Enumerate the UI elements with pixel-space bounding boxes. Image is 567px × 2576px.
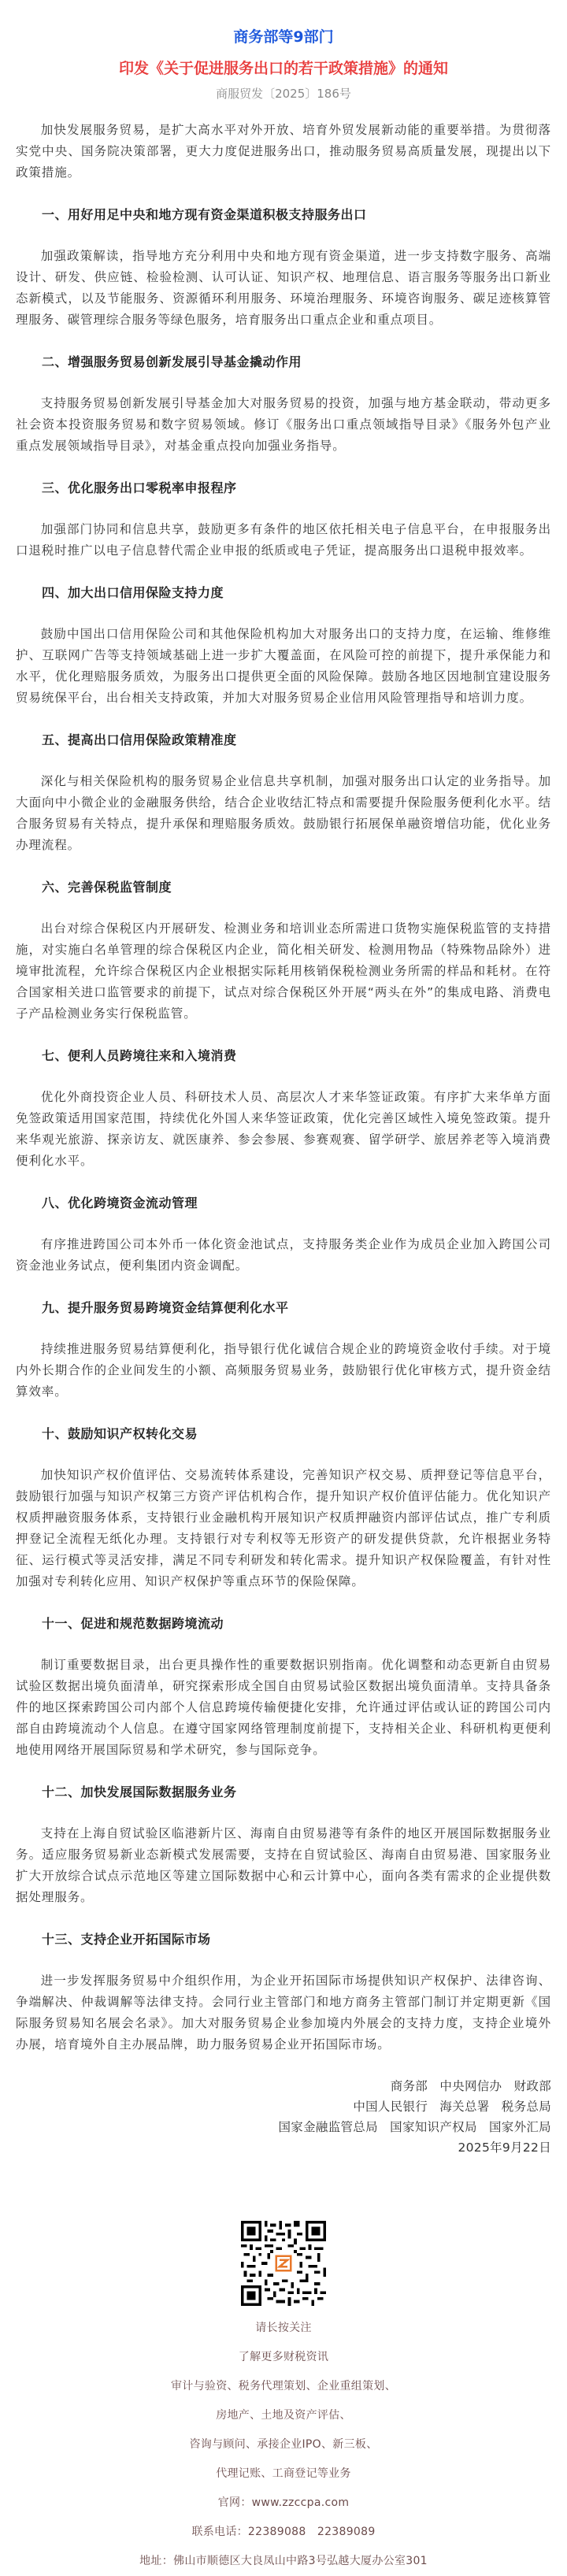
section-body-9: 持续推进服务贸易结算便利化，指导银行优化诚信合规企业的跨境资金收付手续。对于境内… bbox=[16, 1339, 551, 1403]
section-body-13: 进一步发挥服务贸易中介组织作用，为企业开拓国际市场提供知识产权保护、法律咨询、争… bbox=[16, 1970, 551, 2055]
section-body-3: 加强部门协同和信息共享，鼓励更多有条件的地区依托相关电子信息平台，在申报服务出口… bbox=[16, 519, 551, 562]
issuer-org: 税务总局 bbox=[502, 2096, 551, 2117]
signature-row: 商务部 中央网信办 财政部 bbox=[16, 2076, 551, 2096]
title-notice: 印发《关于促进服务出口的若干政策措施》的通知 bbox=[16, 58, 551, 79]
section-body-4: 鼓励中国出口信用保险公司和其他保险机构加大对服务出口的支持力度，在运输、维修维护… bbox=[16, 624, 551, 709]
section-heading-13: 十三、支持企业开拓国际市场 bbox=[16, 1929, 551, 1950]
section-heading-11: 十一、促进和规范数据跨境流动 bbox=[16, 1613, 551, 1634]
section-heading-5: 五、提高出口信用保险政策精准度 bbox=[16, 729, 551, 751]
follow-prompt: 请长按关注 bbox=[16, 2314, 551, 2343]
article-header: 商务部等9部门 印发《关于促进服务出口的若干政策措施》的通知 商服贸发〔2025… bbox=[16, 0, 551, 102]
phone-line: 联系电话：22389088 22389089 bbox=[16, 2518, 551, 2547]
issuer-org: 财政部 bbox=[514, 2076, 551, 2096]
footer-tagline: 了解更多财税资讯 bbox=[16, 2343, 551, 2372]
footer-text: 请长按关注 了解更多财税资讯 审计与验资、税务代理策划、企业重组策划、 房地产、… bbox=[16, 2314, 551, 2576]
issuer-org: 商务部 bbox=[391, 2076, 428, 2096]
services-line: 咨询与顾问、承接企业IPO、新三板、 bbox=[16, 2430, 551, 2459]
issuer-org: 国家知识产权局 bbox=[390, 2117, 477, 2137]
section-heading-6: 六、完善保税监管制度 bbox=[16, 877, 551, 898]
qr-code-icon[interactable] bbox=[241, 2221, 326, 2306]
services-line: 代理记账、工商登记等业务 bbox=[16, 2459, 551, 2489]
section-body-2: 支持服务贸易创新发展引导基金加大对服务贸易的投资，加强与地方基金联动，带动更多社… bbox=[16, 393, 551, 457]
section-heading-12: 十二、加快发展国际数据服务业务 bbox=[16, 1781, 551, 1803]
section-heading-9: 九、提升服务贸易跨境资金结算便利化水平 bbox=[16, 1297, 551, 1318]
website-line: 官网：www.zzccpa.com bbox=[16, 2489, 551, 2518]
section-heading-4: 四、加大出口信用保险支持力度 bbox=[16, 582, 551, 603]
section-body-12: 支持在上海自贸试验区临港新片区、海南自由贸易港等有条件的地区开展国际数据服务业务… bbox=[16, 1823, 551, 1908]
signature-row: 国家金融监管总局 国家知识产权局 国家外汇局 bbox=[16, 2117, 551, 2137]
section-heading-8: 八、优化跨境资金流动管理 bbox=[16, 1192, 551, 1214]
section-heading-1: 一、用好用足中央和地方现有资金渠道积极支持服务出口 bbox=[16, 204, 551, 225]
document-number: 商服贸发〔2025〕186号 bbox=[16, 85, 551, 102]
article-content: 加快发展服务贸易，是扩大高水平对外开放、培育外贸发展新动能的重要举措。为贯彻落实… bbox=[16, 120, 551, 2055]
address-line: 地址：佛山市顺德区大良凤山中路3号弘越大厦办公室301 bbox=[16, 2547, 551, 2576]
issuer-org: 国家金融监管总局 bbox=[279, 2117, 378, 2137]
section-body-1: 加强政策解读，指导地方充分利用中央和地方现有资金渠道，进一步支持数字服务、高端设… bbox=[16, 246, 551, 331]
issuer-org: 中国人民银行 bbox=[353, 2096, 428, 2117]
section-body-5: 深化与相关保险机构的服务贸易企业信息共享机制，加强对服务出口认定的业务指导。加大… bbox=[16, 771, 551, 856]
section-body-8: 有序推进跨国公司本外币一体化资金池试点，支持服务类企业作为成员企业加入跨国公司资… bbox=[16, 1234, 551, 1277]
issuer-org: 中央网信办 bbox=[439, 2076, 502, 2096]
section-heading-2: 二、增强服务贸易创新发展引导基金撬动作用 bbox=[16, 351, 551, 373]
article-page: 商务部等9部门 印发《关于促进服务出口的若干政策措施》的通知 商服贸发〔2025… bbox=[0, 0, 567, 2576]
issuing-departments: 商务部 中央网信办 财政部 中国人民银行 海关总署 税务总局 国家金融监管总局 … bbox=[16, 2076, 551, 2158]
section-body-7: 优化外商投资企业人员、科研技术人员、高层次人才来华签证政策。有序扩大来华单方面免… bbox=[16, 1087, 551, 1172]
section-body-6: 出台对综合保税区内开展研发、检测业务和培训业态所需进口货物实施保税监管的支持措施… bbox=[16, 918, 551, 1025]
title-issuer: 商务部等9部门 bbox=[16, 27, 551, 47]
signature-row: 中国人民银行 海关总署 税务总局 bbox=[16, 2096, 551, 2117]
section-heading-3: 三、优化服务出口零税率申报程序 bbox=[16, 477, 551, 499]
section-body-10: 加快知识产权价值评估、交易流转体系建设，完善知识产权交易、质押登记等信息平台，鼓… bbox=[16, 1465, 551, 1592]
intro-paragraph: 加快发展服务贸易，是扩大高水平对外开放、培育外贸发展新动能的重要举措。为贯彻落实… bbox=[16, 120, 551, 183]
section-heading-10: 十、鼓励知识产权转化交易 bbox=[16, 1423, 551, 1444]
promo-footer: 请长按关注 了解更多财税资讯 审计与验资、税务代理策划、企业重组策划、 房地产、… bbox=[16, 2221, 551, 2576]
services-line: 房地产、土地及资产评估、 bbox=[16, 2401, 551, 2430]
services-line: 审计与验资、税务代理策划、企业重组策划、 bbox=[16, 2372, 551, 2401]
section-heading-7: 七、便利人员跨境往来和入境消费 bbox=[16, 1045, 551, 1066]
issue-date: 2025年9月22日 bbox=[16, 2137, 551, 2158]
section-body-11: 制订重要数据目录，出台更具操作性的重要数据识别指南。优化调整和动态更新自由贸易试… bbox=[16, 1655, 551, 1761]
issuer-org: 海关总署 bbox=[439, 2096, 489, 2117]
issuer-org: 国家外汇局 bbox=[489, 2117, 551, 2137]
